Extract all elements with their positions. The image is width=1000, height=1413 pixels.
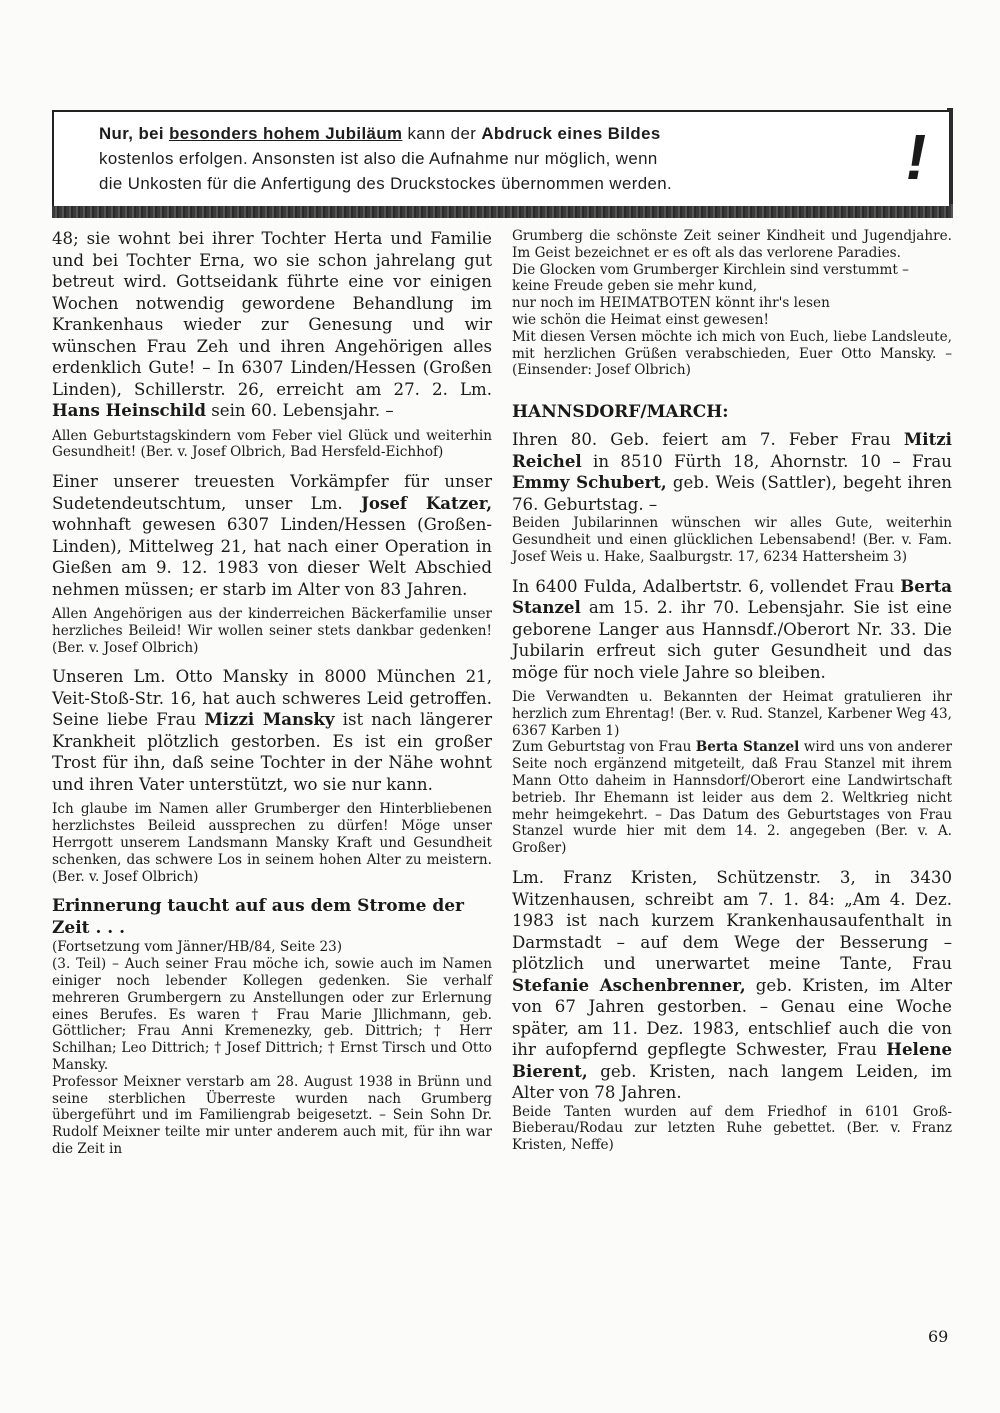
text: In 6400 Fulda, Adalbertstr. 6, vollendet… bbox=[512, 577, 900, 596]
verse-line: keine Freude geben sie mehr kund, bbox=[512, 278, 952, 295]
paragraph: Mit diesen Versen möchte ich mich von Eu… bbox=[512, 329, 952, 379]
paragraph: Allen Geburtstagskindern vom Feber viel … bbox=[52, 428, 492, 462]
text: Ihren 80. Geb. feiert am 7. Feber Frau bbox=[512, 430, 904, 449]
notice-line-3: die Unkosten für die Anfertigung des Dru… bbox=[99, 172, 874, 197]
left-column: 48; sie wohnt bei ihrer Tochter Herta un… bbox=[52, 228, 492, 1158]
text: 48; sie wohnt bei ihrer Tochter Herta un… bbox=[52, 229, 492, 399]
notice-text-plain: kann der bbox=[402, 125, 481, 143]
person-name: Mizzi Mansky bbox=[204, 709, 334, 729]
notice-text-bold: Nur, bei bbox=[99, 125, 169, 143]
verse-line: Die Glocken vom Grumberger Kirchlein sin… bbox=[512, 262, 952, 279]
paragraph: Ich glaube im Namen aller Grumberger den… bbox=[52, 801, 492, 885]
paragraph: Beiden Jubilarinnen wünschen wir alles G… bbox=[512, 515, 952, 565]
right-column: Grumberg die schönste Zeit seiner Kindhe… bbox=[512, 228, 952, 1154]
person-name: Berta Stanzel bbox=[696, 739, 800, 755]
section-heading: HANNSDORF/MARCH: bbox=[512, 401, 952, 423]
text: Lm. Franz Kristen, Schützenstr. 3, in 34… bbox=[512, 868, 952, 973]
paragraph: Professor Meixner verstarb am 28. August… bbox=[52, 1074, 492, 1158]
text: in 8510 Fürth 18, Ahornstr. 10 – Frau bbox=[582, 452, 952, 471]
paragraph: Beide Tanten wurden auf dem Friedhof in … bbox=[512, 1104, 952, 1154]
paragraph: Zum Geburtstag von Frau Berta Stanzel wi… bbox=[512, 739, 952, 857]
notice-box-shadow-bottom bbox=[52, 204, 953, 218]
paragraph: Einer unserer treuesten Vorkämpfer für u… bbox=[52, 471, 492, 600]
paragraph: (3. Teil) – Auch seiner Frau möche ich, … bbox=[52, 956, 492, 1074]
notice-underlined-text: besonders hohem Jubiläum bbox=[169, 125, 402, 143]
paragraph: Unseren Lm. Otto Mansky in 8000 München … bbox=[52, 666, 492, 795]
notice-line-1: Nur, bei besonders hohem Jubiläum kann d… bbox=[99, 122, 874, 147]
exclamation-icon: ! bbox=[900, 122, 934, 192]
paragraph: Ihren 80. Geb. feiert am 7. Feber Frau M… bbox=[512, 429, 952, 515]
paragraph: Die Verwandten u. Bekannten der Heimat g… bbox=[512, 689, 952, 739]
paragraph: (Fortsetzung vom Jänner/HB/84, Seite 23) bbox=[52, 939, 492, 956]
person-name: Josef Katzer, bbox=[361, 493, 492, 513]
paragraph: Grumberg die schönste Zeit seiner Kindhe… bbox=[512, 228, 952, 262]
paragraph: Allen Angehörigen aus der kinderreichen … bbox=[52, 606, 492, 656]
paragraph: In 6400 Fulda, Adalbertstr. 6, vollendet… bbox=[512, 576, 952, 684]
notice-line-2: kostenlos erfolgen. Ansonsten ist also d… bbox=[99, 147, 874, 172]
notice-text-bold: Abdruck eines Bildes bbox=[481, 125, 660, 143]
paragraph: 48; sie wohnt bei ihrer Tochter Herta un… bbox=[52, 228, 492, 422]
person-name: Stefanie Aschenbrenner, bbox=[512, 975, 746, 995]
article-heading: Erinnerung taucht auf aus dem Strome der… bbox=[52, 895, 492, 939]
text: wird uns von anderer Seite noch ergänzen… bbox=[512, 739, 952, 856]
person-name: Emmy Schubert, bbox=[512, 472, 667, 492]
page-number: 69 bbox=[928, 1327, 948, 1346]
notice-text: Nur, bei besonders hohem Jubiläum kann d… bbox=[99, 122, 874, 197]
paragraph: Lm. Franz Kristen, Schützenstr. 3, in 34… bbox=[512, 867, 952, 1104]
verse-line: wie schön die Heimat einst gewesen! bbox=[512, 312, 952, 329]
text: wohnhaft gewesen 6307 Linden/Hessen (Gro… bbox=[52, 515, 492, 599]
text: sein 60. Lebensjahr. – bbox=[206, 401, 394, 420]
verse-line: nur noch im HEIMATBOTEN könnt ihr's lese… bbox=[512, 295, 952, 312]
text: Zum Geburtstag von Frau bbox=[512, 739, 696, 755]
notice-box: Nur, bei besonders hohem Jubiläum kann d… bbox=[52, 110, 949, 206]
person-name: Hans Heinschild bbox=[52, 400, 206, 420]
